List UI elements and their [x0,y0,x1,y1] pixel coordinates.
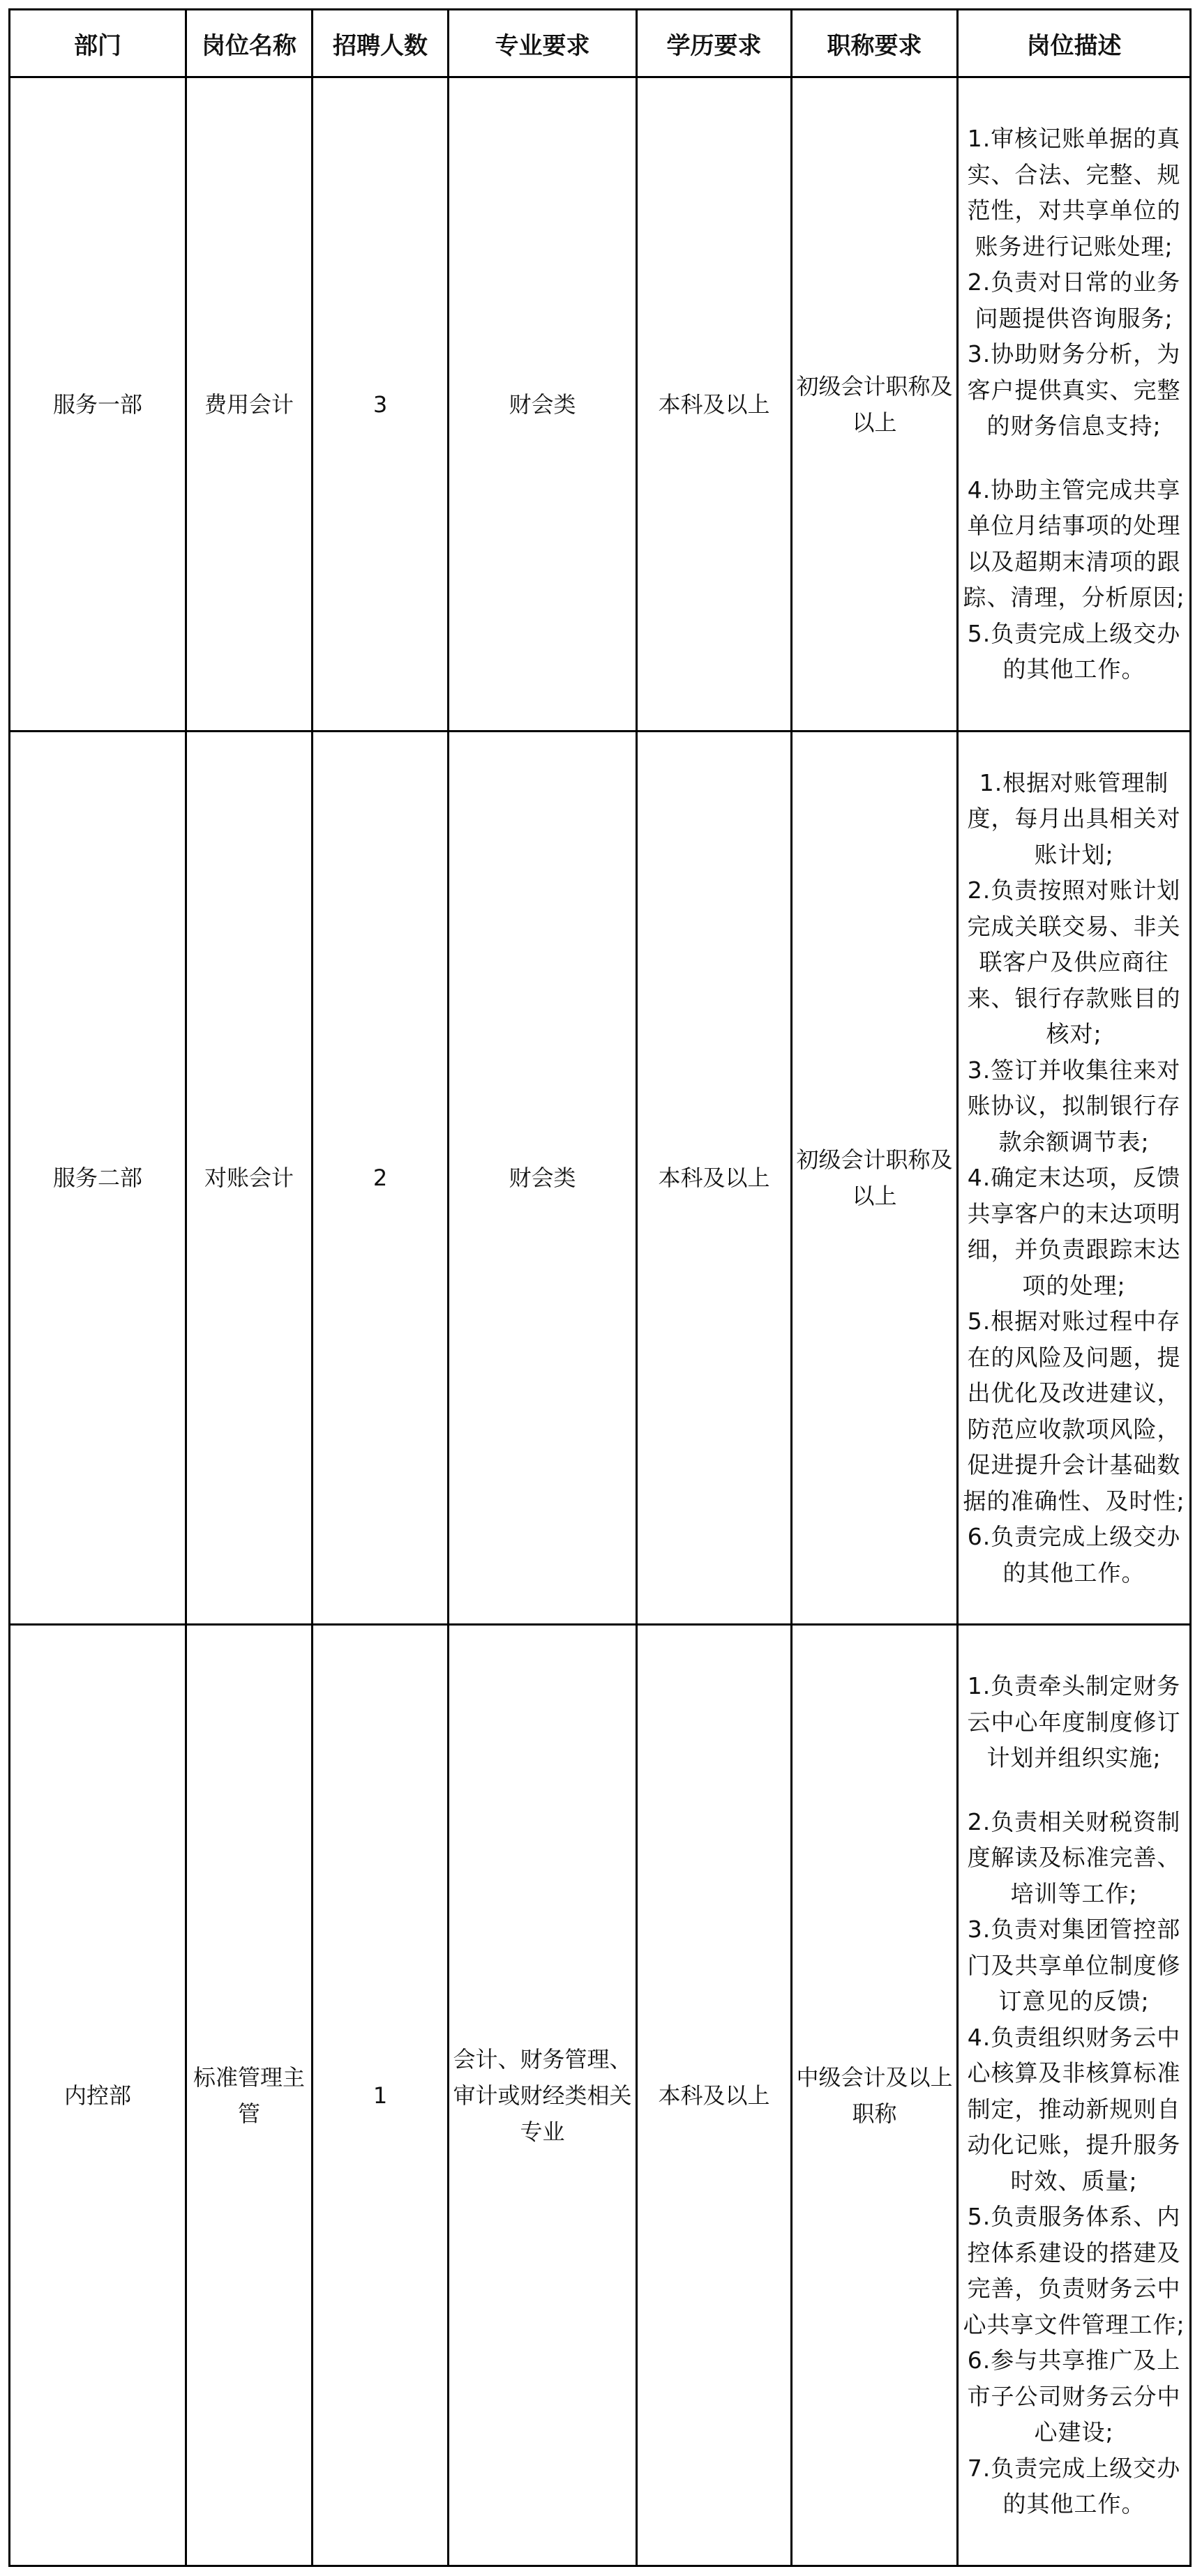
description-item: 3.协助财务分析，为客户提供真实、完整的财务信息支持; [959,336,1189,444]
cell-major: 财会类 [449,77,637,732]
description-item: 1.审核记账单据的真实、合法、完整、规范性，对共享单位的账务进行记账处理; [959,121,1189,264]
cell-department: 服务一部 [10,77,186,732]
header-row: 部门 岗位名称 招聘人数 专业要求 学历要求 职称要求 岗位描述 [10,10,1191,77]
description-item: 1.根据对账管理制度，每月出具相关对账计划; [959,765,1189,873]
header-major: 专业要求 [449,10,637,77]
cell-position: 标准管理主管 [186,1625,313,2566]
description-item: 7.负责完成上级交办的其他工作。 [959,2450,1189,2522]
cell-description: 1.根据对账管理制度，每月出具相关对账计划; 2.负责按照对账计划完成关联交易、… [958,732,1191,1625]
description-item: 5.负责完成上级交办的其他工作。 [959,616,1189,688]
cell-description: 1.负责牵头制定财务云中心年度制度修订计划并组织实施; 2.负责相关财税资制度解… [958,1625,1191,2566]
description-item: 6.负责完成上级交办的其他工作。 [959,1519,1189,1591]
header-headcount: 招聘人数 [313,10,449,77]
cell-title-requirement: 中级会计及以上职称 [792,1625,958,2566]
description-item: 2.负责相关财税资制度解读及标准完善、培训等工作; [959,1804,1189,1912]
cell-major: 会计、财务管理、审计或财经类相关专业 [449,1625,637,2566]
header-description: 岗位描述 [958,10,1191,77]
cell-major: 财会类 [449,732,637,1625]
header-position: 岗位名称 [186,10,313,77]
description-gap [959,1776,1189,1804]
description-item: 2.负责对日常的业务问题提供咨询服务; [959,264,1189,336]
description-gap [959,444,1189,472]
description-item: 1.负责牵头制定财务云中心年度制度修订计划并组织实施; [959,1668,1189,1776]
cell-education: 本科及以上 [637,732,792,1625]
cell-education: 本科及以上 [637,77,792,732]
description-item: 4.协助主管完成共享单位月结事项的处理以及超期末清项的跟踪、清理，分析原因; [959,472,1189,616]
cell-education: 本科及以上 [637,1625,792,2566]
cell-department: 内控部 [10,1625,186,2566]
header-title-requirement: 职称要求 [792,10,958,77]
description-item: 2.负责按照对账计划完成关联交易、非关联客户及供应商往来、银行存款账目的核对; [959,872,1189,1052]
description-item: 3.负责对集团管控部门及共享单位制度修订意见的反馈; [959,1911,1189,2020]
cell-headcount: 3 [313,77,449,732]
description-item: 3.签订并收集往来对账协议，拟制银行存款余额调节表; [959,1052,1189,1160]
header-department: 部门 [10,10,186,77]
cell-description: 1.审核记账单据的真实、合法、完整、规范性，对共享单位的账务进行记账处理; 2.… [958,77,1191,732]
cell-title-requirement: 初级会计职称及以上 [792,77,958,732]
cell-headcount: 1 [313,1625,449,2566]
cell-position: 费用会计 [186,77,313,732]
description-item: 6.参与共享推广及上市子公司财务云分中心建设; [959,2342,1189,2450]
table-row: 服务一部 费用会计 3 财会类 本科及以上 初级会计职称及以上 1.审核记账单据… [10,77,1191,732]
cell-headcount: 2 [313,732,449,1625]
description-item: 5.根据对账过程中存在的风险及问题，提出优化及改进建议，防范应收款项风险，促进提… [959,1303,1189,1519]
cell-title-requirement: 初级会计职称及以上 [792,732,958,1625]
cell-department: 服务二部 [10,732,186,1625]
recruitment-table: 部门 岗位名称 招聘人数 专业要求 学历要求 职称要求 岗位描述 服务一部 费用… [8,8,1192,2567]
header-education: 学历要求 [637,10,792,77]
table-row: 服务二部 对账会计 2 财会类 本科及以上 初级会计职称及以上 1.根据对账管理… [10,732,1191,1625]
description-item: 4.负责组织财务云中心核算及非核算标准制定，推动新规则自动化记账，提升服务时效、… [959,2020,1189,2199]
cell-position: 对账会计 [186,732,313,1625]
table-row: 内控部 标准管理主管 1 会计、财务管理、审计或财经类相关专业 本科及以上 中级… [10,1625,1191,2566]
description-item: 4.确定末达项，反馈共享客户的末达项明细，并负责跟踪末达项的处理; [959,1160,1189,1303]
description-item: 5.负责服务体系、内控体系建设的搭建及完善，负责财务云中心共享文件管理工作; [959,2199,1189,2342]
